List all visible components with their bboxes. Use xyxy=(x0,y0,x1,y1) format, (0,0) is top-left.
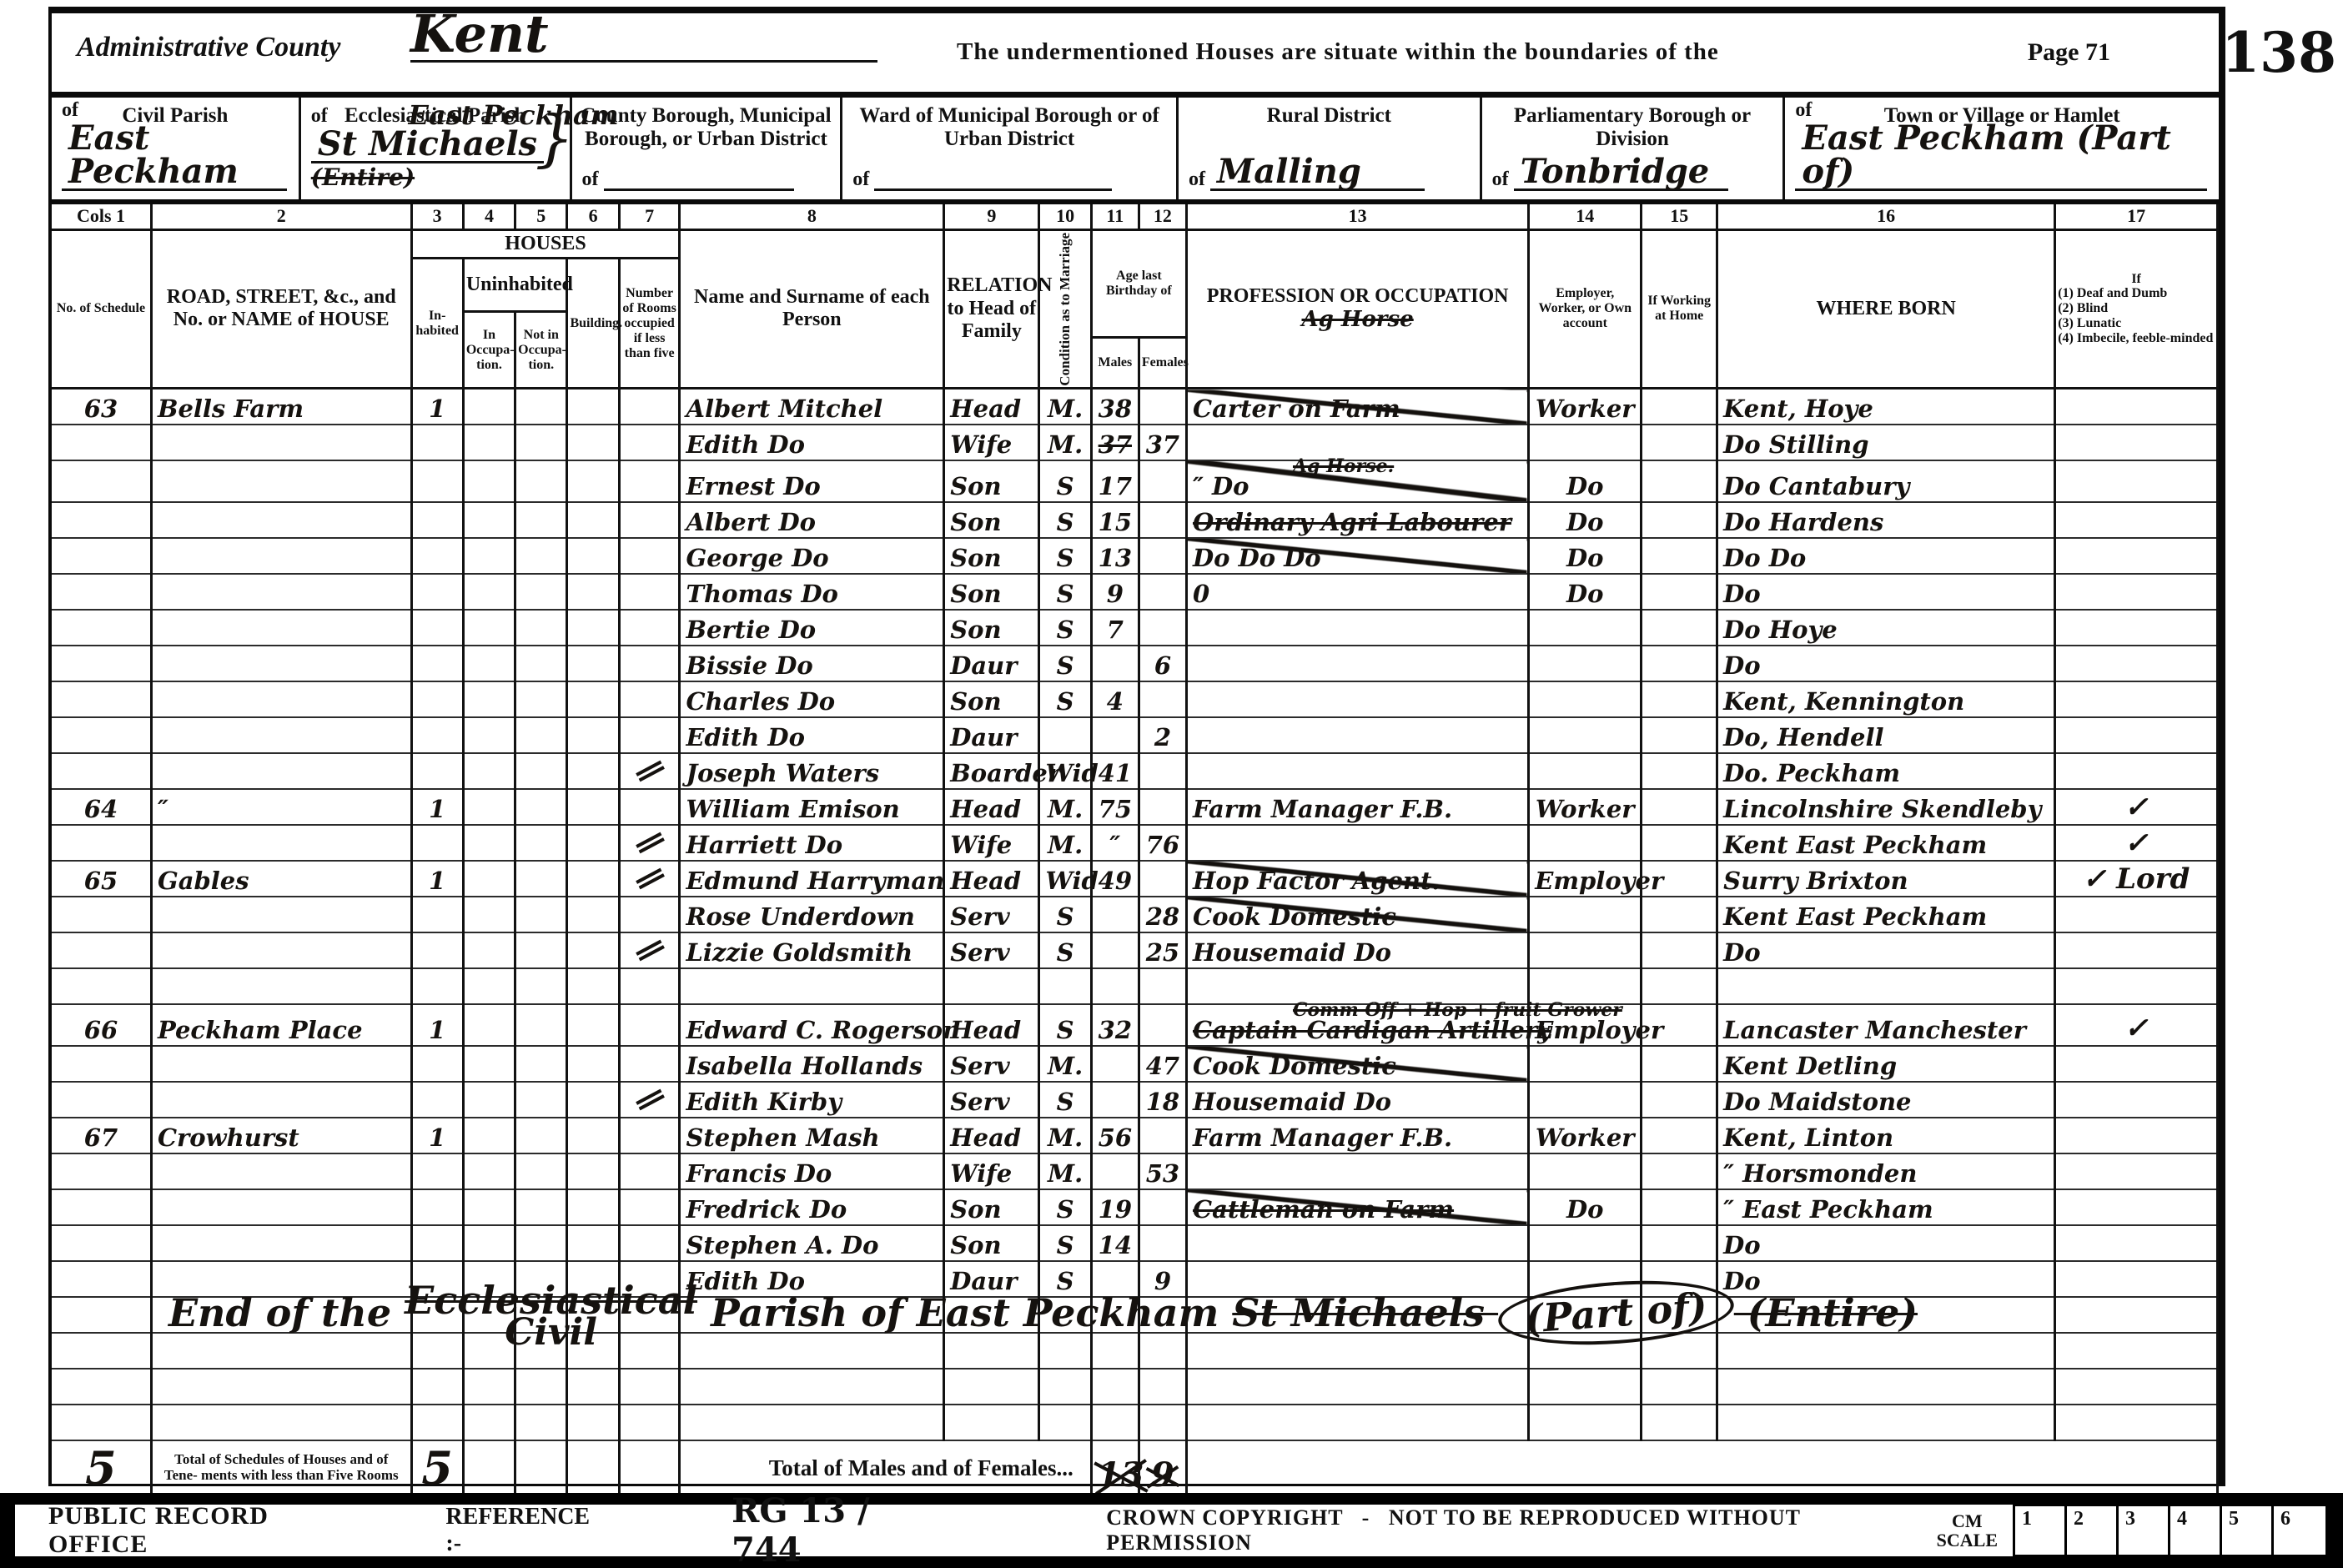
not-in-occupation-cell xyxy=(515,932,567,968)
occupation-text: Cook Domestic xyxy=(1193,902,1396,931)
schedule-number xyxy=(52,1189,151,1225)
house-name xyxy=(151,460,411,502)
employer-cell xyxy=(1529,753,1642,789)
occupation-cell: Farm Manager F.B. xyxy=(1186,789,1528,825)
cell-text: 67 xyxy=(84,1123,118,1152)
disability-cell xyxy=(2055,932,2218,968)
relation-cell xyxy=(944,968,1039,1004)
table-row: 64″1William EmisonHeadM.75Farm Manager F… xyxy=(52,789,2218,825)
schedule-number xyxy=(52,1369,151,1405)
district-value xyxy=(604,188,795,191)
rooms-cell: ∥ xyxy=(619,861,680,897)
age-male-cell: 14 xyxy=(1091,1225,1139,1261)
cell-text: 15 xyxy=(1099,508,1132,536)
building-cell xyxy=(567,1405,619,1440)
not-in-occupation-cell xyxy=(515,1189,567,1225)
inhabited-mark xyxy=(411,502,463,538)
where-born-cell: Lancaster Manchester xyxy=(1717,1004,2055,1046)
house-name: ″ xyxy=(151,789,411,825)
disability-cell xyxy=(2055,1405,2218,1440)
schedule-number xyxy=(52,897,151,932)
cell-text: 25 xyxy=(1146,938,1179,967)
not-in-occupation-cell xyxy=(515,1405,567,1440)
cell-text: ″ East Peckham xyxy=(1723,1195,1933,1224)
building-cell xyxy=(567,789,619,825)
house-name xyxy=(151,1369,411,1405)
age-male-cell: 13 xyxy=(1091,538,1139,574)
occupation-text: Housemaid Do xyxy=(1193,938,1391,967)
disability-cell xyxy=(2055,1333,2218,1369)
age-male-cell: 17 xyxy=(1091,460,1139,502)
age-male-cell: 41 xyxy=(1091,753,1139,789)
district-value: Malling xyxy=(1210,155,1425,191)
inhabited-mark xyxy=(411,897,463,932)
person-name: Albert Mitchel xyxy=(680,389,944,425)
house-name xyxy=(151,1189,411,1225)
cell-text: Edith Kirby xyxy=(686,1088,842,1116)
cell-text: Do Maidstone xyxy=(1723,1088,1911,1116)
in-occupation-cell xyxy=(463,1004,515,1046)
working-home-cell xyxy=(1642,538,1717,574)
column-number: 10 xyxy=(1039,204,1091,229)
disability-cell xyxy=(2055,460,2218,502)
employer-cell: Worker xyxy=(1529,389,1642,425)
cell-text: Do Cantabury xyxy=(1723,472,1909,500)
district-value: East Peckham xyxy=(62,122,287,191)
table-row: ∥Edith KirbyServS18Housemaid DoDo Maidst… xyxy=(52,1082,2218,1118)
cell-text: 2 xyxy=(1154,723,1171,751)
person-name: Stephen A. Do xyxy=(680,1225,944,1261)
building-cell xyxy=(567,460,619,502)
relation-cell: Son xyxy=(944,1189,1039,1225)
table-row: ∥Joseph WatersBoarderWid41Do. Peckham xyxy=(52,753,2218,789)
condition-cell xyxy=(1039,1405,1091,1440)
occupation-cell xyxy=(1186,825,1528,861)
condition-cell: S xyxy=(1039,610,1091,646)
house-name xyxy=(151,425,411,460)
cell-text: S xyxy=(1057,1231,1074,1259)
totals-empty-cell xyxy=(567,1440,619,1496)
inhabited-mark xyxy=(411,1405,463,1440)
rooms-cell xyxy=(619,1004,680,1046)
working-home-cell xyxy=(1642,460,1717,502)
where-born-cell: Kent East Peckham xyxy=(1717,825,2055,861)
cell-text: Do xyxy=(1723,580,1761,608)
age-male-cell: 75 xyxy=(1091,789,1139,825)
condition-cell xyxy=(1039,717,1091,753)
inhabited-mark xyxy=(411,646,463,681)
age-male-cell: 7 xyxy=(1091,610,1139,646)
house-name xyxy=(151,717,411,753)
district-prefix: of xyxy=(852,168,874,190)
not-in-occupation-cell xyxy=(515,574,567,610)
totals-trailing-cell xyxy=(1186,1440,2217,1496)
not-in-occupation-cell xyxy=(515,502,567,538)
condition-cell: S xyxy=(1039,502,1091,538)
district-of-line: of Tonbridge xyxy=(1492,155,1772,191)
cell-text: Do xyxy=(1566,472,1604,500)
in-occupation-cell xyxy=(463,1153,515,1189)
person-name: Edith Do xyxy=(680,425,944,460)
relation-cell: Wife xyxy=(944,825,1039,861)
cell-text: 65 xyxy=(84,867,118,895)
header-condition-text: Condition as to Marriage xyxy=(1058,233,1073,386)
in-occupation-cell xyxy=(463,1118,515,1153)
cell-text: Employer xyxy=(1535,1016,1663,1044)
cell-text: Edith Do xyxy=(686,430,804,459)
rooms-cell xyxy=(619,389,680,425)
table-row: Ernest DoSonS17Ag Horse.″ DoDoDo Cantabu… xyxy=(52,460,2218,502)
rooms-cell xyxy=(619,897,680,932)
header-schedule: No. of Schedule xyxy=(52,229,151,389)
relation-cell: Head xyxy=(944,1004,1039,1046)
age-female-cell xyxy=(1139,538,1186,574)
disability-cell xyxy=(2055,646,2218,681)
working-home-cell xyxy=(1642,1225,1717,1261)
working-home-cell xyxy=(1642,753,1717,789)
cell-text: Son xyxy=(950,687,1001,716)
not-in-occupation-cell xyxy=(515,425,567,460)
age-male-cell: 9 xyxy=(1091,574,1139,610)
working-home-cell xyxy=(1642,389,1717,425)
house-name xyxy=(151,574,411,610)
in-occupation-cell xyxy=(463,1046,515,1082)
header-where-born: WHERE BORN xyxy=(1717,229,2055,389)
table-row: Fredrick DoSonS19Cattleman on FarmDo″ Ea… xyxy=(52,1189,2218,1225)
disability-cell xyxy=(2055,1082,2218,1118)
district-sub-value: (Entire) xyxy=(311,163,415,191)
building-cell xyxy=(567,425,619,460)
person-name: Ernest Do xyxy=(680,460,944,502)
schedule-number xyxy=(52,1046,151,1082)
cell-text: Wife xyxy=(950,430,1012,459)
house-name: Crowhurst xyxy=(151,1118,411,1153)
age-male-cell xyxy=(1091,897,1139,932)
cell-text: Wife xyxy=(950,831,1012,859)
footer-strip: PUBLIC RECORD OFFICE REFERENCE :- RG 13 … xyxy=(15,1505,2328,1556)
disability-cell: ✓ xyxy=(2055,825,2218,861)
cell-text: Peckham Place xyxy=(158,1016,363,1044)
disability-cell xyxy=(2055,717,2218,753)
occupation-text: Farm Manager F.B. xyxy=(1193,1123,1452,1152)
column-number: 4 xyxy=(463,204,515,229)
cell-text: 9 xyxy=(1107,580,1124,608)
footer-office: PUBLIC RECORD OFFICE xyxy=(48,1502,320,1559)
age-male-struck: 37 xyxy=(1099,430,1132,459)
checkmark-annotation: ✓ xyxy=(2124,827,2149,860)
employer-cell xyxy=(1529,897,1642,932)
building-cell xyxy=(567,1153,619,1189)
employer-cell xyxy=(1529,610,1642,646)
age-female-cell xyxy=(1139,1189,1186,1225)
working-home-cell xyxy=(1642,610,1717,646)
cell-text: 56 xyxy=(1099,1123,1132,1152)
employer-cell xyxy=(1529,1082,1642,1118)
header-disabilities: If(1) Deaf and Dumb(2) Blind(3) Lunatic(… xyxy=(2055,229,2218,389)
disability-cell xyxy=(2055,574,2218,610)
cell-text: Daur xyxy=(950,723,1017,751)
cell-text: Head xyxy=(950,1016,1021,1044)
table-row: Bissie DoDaurS6Do xyxy=(52,646,2218,681)
where-born-cell: Surry Brixton xyxy=(1717,861,2055,897)
occupation-cell: Carter on Farm xyxy=(1186,389,1528,425)
header-in-occupation: In Occupa-tion. xyxy=(463,312,515,389)
employer-cell: Do xyxy=(1529,460,1642,502)
employer-cell xyxy=(1529,1225,1642,1261)
in-occupation-cell xyxy=(463,825,515,861)
cell-text: Serv xyxy=(950,902,1010,931)
cell-text: Serv xyxy=(950,938,1010,967)
inhabited-mark xyxy=(411,717,463,753)
totals-schedule-value: 5 xyxy=(85,1441,117,1495)
cell-text: S xyxy=(1057,1195,1074,1224)
not-in-occupation-cell xyxy=(515,897,567,932)
building-cell xyxy=(567,1046,619,1082)
relation-cell: Head xyxy=(944,789,1039,825)
working-home-cell xyxy=(1642,717,1717,753)
occupation-text: Carter on Farm xyxy=(1193,395,1400,423)
cell-text: Worker xyxy=(1536,1123,1635,1152)
header-working-at-home: If Working at Home xyxy=(1642,229,1717,389)
where-born-cell xyxy=(1717,968,2055,1004)
house-name xyxy=(151,610,411,646)
occupation-text: Ordinary Agri Labourer xyxy=(1193,508,1511,536)
building-cell xyxy=(567,968,619,1004)
relation-cell: Son xyxy=(944,502,1039,538)
rooms-cell xyxy=(619,717,680,753)
condition-cell: M. xyxy=(1039,389,1091,425)
schedule-number xyxy=(52,1153,151,1189)
column-number: 7 xyxy=(619,204,680,229)
condition-cell: S xyxy=(1039,897,1091,932)
employer-cell xyxy=(1529,717,1642,753)
condition-cell: M. xyxy=(1039,1046,1091,1082)
inhabited-mark xyxy=(411,1189,463,1225)
cell-text: Ernest Do xyxy=(686,472,820,500)
cell-text: 1 xyxy=(429,395,445,423)
cell-text: Rose Underdown xyxy=(686,902,914,931)
age-female-cell xyxy=(1139,861,1186,897)
age-female-cell: 6 xyxy=(1139,646,1186,681)
employer-cell xyxy=(1529,1405,1642,1440)
column-number: 14 xyxy=(1529,204,1642,229)
inhabited-mark xyxy=(411,968,463,1004)
cell-text: George Do xyxy=(686,544,828,572)
age-male-cell xyxy=(1091,1369,1139,1405)
age-female-cell: 76 xyxy=(1139,825,1186,861)
where-born-cell xyxy=(1717,1369,2055,1405)
house-name: Peckham Place xyxy=(151,1004,411,1046)
in-occupation-cell xyxy=(463,574,515,610)
cell-text: Serv xyxy=(950,1052,1010,1080)
in-occupation-cell xyxy=(463,1225,515,1261)
district-cell: Rural Districtof Malling xyxy=(1179,98,1482,199)
district-value: St Michaels xyxy=(311,128,544,163)
cell-text: Stephen A. Do xyxy=(686,1231,878,1259)
inhabited-mark xyxy=(411,1153,463,1189)
occupation-cell: Do Do Do xyxy=(1186,538,1528,574)
condition-cell xyxy=(1039,968,1091,1004)
table-row: Albert DoSonS15Ordinary Agri LabourerDoD… xyxy=(52,502,2218,538)
working-home-cell xyxy=(1642,646,1717,681)
totals-empty-cell xyxy=(515,1440,567,1496)
table-row: 65Gables1∥Edmund HarrymanHeadWid49Hop Fa… xyxy=(52,861,2218,897)
condition-cell: M. xyxy=(1039,425,1091,460)
house-name xyxy=(151,753,411,789)
working-home-cell xyxy=(1642,897,1717,932)
in-occupation-cell xyxy=(463,1082,515,1118)
person-name xyxy=(680,968,944,1004)
in-occupation-cell xyxy=(463,897,515,932)
ruler-cell: 2 xyxy=(2067,1506,2119,1555)
table-row: 67Crowhurst1Stephen MashHeadM.56Farm Man… xyxy=(52,1118,2218,1153)
inhabited-mark xyxy=(411,425,463,460)
condition-cell: S xyxy=(1039,538,1091,574)
relation-cell: Head xyxy=(944,389,1039,425)
age-female-cell xyxy=(1139,753,1186,789)
disability-cell xyxy=(2055,389,2218,425)
house-name xyxy=(151,502,411,538)
column-number: 2 xyxy=(151,204,411,229)
person-name: Lizzie Goldsmith xyxy=(680,932,944,968)
building-cell xyxy=(567,538,619,574)
table-row: George DoSonS13Do Do DoDoDo Do xyxy=(52,538,2218,574)
cell-text: Do xyxy=(1566,508,1604,536)
in-occupation-cell xyxy=(463,861,515,897)
totals-schedule-count: 5 xyxy=(52,1440,151,1496)
cell-text: Harriett Do xyxy=(686,831,842,859)
age-female-cell: 37 xyxy=(1139,425,1186,460)
age-male-cell: 19 xyxy=(1091,1189,1139,1225)
footer-cm-ruler: 123456 xyxy=(2013,1504,2328,1557)
disability-cell xyxy=(2055,968,2218,1004)
cell-text: 13 xyxy=(1099,544,1132,572)
where-born-cell: Kent East Peckham xyxy=(1717,897,2055,932)
person-name: Edith Do xyxy=(680,717,944,753)
cell-text: 37 xyxy=(1146,430,1179,459)
schedule-number xyxy=(52,968,151,1004)
table-row: ∥Lizzie GoldsmithServS25Housemaid DoDo xyxy=(52,932,2218,968)
condition-cell: S xyxy=(1039,1225,1091,1261)
admin-county-value: Kent xyxy=(410,8,877,63)
employer-cell xyxy=(1529,1369,1642,1405)
working-home-cell xyxy=(1642,789,1717,825)
inhabited-mark: 1 xyxy=(411,1004,463,1046)
cell-text: S xyxy=(1057,1016,1074,1044)
rooms-cell xyxy=(619,460,680,502)
not-in-occupation-cell xyxy=(515,1153,567,1189)
disability-line: (4) Imbecile, feeble-minded xyxy=(2058,331,2215,346)
age-female-cell xyxy=(1139,460,1186,502)
cell-text: S xyxy=(1057,508,1074,536)
relation-cell: Serv xyxy=(944,1046,1039,1082)
building-cell xyxy=(567,1225,619,1261)
house-name xyxy=(151,1225,411,1261)
building-cell xyxy=(567,1189,619,1225)
schedule-number xyxy=(52,1405,151,1440)
in-occupation-cell xyxy=(463,789,515,825)
relation-cell: Son xyxy=(944,574,1039,610)
footer-bar: PUBLIC RECORD OFFICE REFERENCE :- RG 13 … xyxy=(0,1493,2343,1568)
building-cell xyxy=(567,574,619,610)
cell-text: Head xyxy=(950,1123,1021,1152)
age-male-cell: 15 xyxy=(1091,502,1139,538)
cell-text: 4 xyxy=(1107,687,1124,716)
age-male-cell xyxy=(1091,932,1139,968)
schedule-number xyxy=(52,1297,151,1333)
age-female-cell xyxy=(1139,1004,1186,1046)
relation-cell: Daur xyxy=(944,646,1039,681)
header-name: Name and Surname of each Person xyxy=(680,229,944,389)
disability-cell xyxy=(2055,1369,2218,1405)
totals-label: Total of Schedules of Houses and of Tene… xyxy=(151,1440,411,1496)
rooms-cell xyxy=(619,681,680,717)
employer-cell xyxy=(1529,825,1642,861)
table-row: 63Bells Farm1Albert MitchelHeadM.38Carte… xyxy=(52,389,2218,425)
inhabited-mark xyxy=(411,538,463,574)
cell-text: Bells Farm xyxy=(158,395,304,423)
in-occupation-cell xyxy=(463,1369,515,1405)
in-occupation-cell xyxy=(463,968,515,1004)
age-female-cell xyxy=(1139,389,1186,425)
cell-text: Do xyxy=(1723,938,1761,967)
district-cell: Town or Village or Hamletof East Peckham… xyxy=(1785,98,2219,199)
disability-line: (2) Blind xyxy=(2058,301,2215,316)
disability-cell xyxy=(2055,538,2218,574)
condition-cell: M. xyxy=(1039,789,1091,825)
cell-text: M. xyxy=(1048,795,1083,823)
schedule-number: 67 xyxy=(52,1118,151,1153)
cell-text: M. xyxy=(1048,1052,1083,1080)
occupation-cell: Housemaid Do xyxy=(1186,932,1528,968)
where-born-cell: Do Hardens xyxy=(1717,502,2055,538)
totals-males-value: 13 xyxy=(1091,1440,1139,1496)
building-cell xyxy=(567,861,619,897)
cell-text: Lancaster Manchester xyxy=(1723,1016,2026,1044)
header-not-in-occupation: Not in Occupa-tion. xyxy=(515,312,567,389)
rooms-strike-mark: ∥ xyxy=(639,940,660,961)
cell-text: Do xyxy=(1566,544,1604,572)
house-name xyxy=(151,681,411,717)
age-female-cell: 28 xyxy=(1139,897,1186,932)
relation-cell: Son xyxy=(944,538,1039,574)
relation-cell: Head xyxy=(944,861,1039,897)
in-occupation-cell xyxy=(463,389,515,425)
occupation-cell: Housemaid Do xyxy=(1186,1082,1528,1118)
building-cell xyxy=(567,932,619,968)
employer-cell: Do xyxy=(1529,502,1642,538)
in-occupation-cell xyxy=(463,681,515,717)
cell-text: Head xyxy=(950,867,1021,895)
column-number: 15 xyxy=(1642,204,1717,229)
age-male-cell xyxy=(1091,717,1139,753)
where-born-cell: Do xyxy=(1717,574,2055,610)
cell-text: Wid xyxy=(1045,759,1098,787)
disability-cell xyxy=(2055,1225,2218,1261)
house-name xyxy=(151,538,411,574)
occupation-cell: 0 xyxy=(1186,574,1528,610)
totals-row: 5Total of Schedules of Houses and of Ten… xyxy=(52,1440,2218,1496)
disability-cell xyxy=(2055,1046,2218,1082)
relation-cell: Son xyxy=(944,460,1039,502)
cell-text: Wid xyxy=(1045,867,1098,895)
end-note-circled: (Part of) xyxy=(1496,1274,1736,1352)
in-occupation-cell xyxy=(463,717,515,753)
working-home-cell xyxy=(1642,968,1717,1004)
cell-text: Gables xyxy=(158,867,249,895)
rooms-cell xyxy=(619,502,680,538)
schedule-number: 65 xyxy=(52,861,151,897)
